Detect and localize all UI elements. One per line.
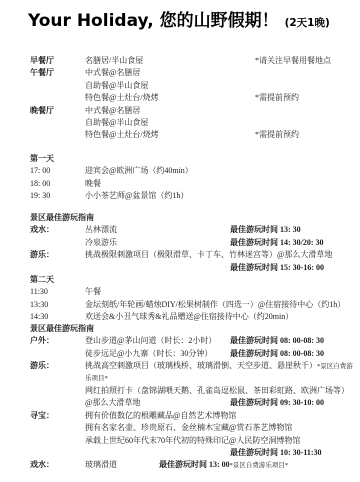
guide-row: 冷泉游乐 最佳游玩时间 14: 30/20: 30 [0,237,360,249]
best-time-text: 最佳游玩时间 10: 30-11:30 [230,447,322,459]
activity-text: 晚餐 [85,178,101,190]
section-heading: 景区最佳游玩指南 [30,323,94,335]
time-label: 18: 00 [30,178,50,190]
doc-title: Your Holiday, 您的山野假期！ (2天1晚) [28,6,330,31]
note-text: 乐项目* [85,373,108,385]
meal-venue-label: 早餐厅 [30,55,54,67]
time-label: 11:30 [30,286,48,298]
schedule-row: 午餐厅 中式餐@名膳居 [0,67,360,79]
meal-venue-label: 晚餐厅 [30,105,54,117]
guide-row: 承载上世纪60年代末70年代初的特殊印记@人民防空洞博物馆 [0,435,360,447]
guide-row: 戏水： 丛林漂流 最佳游玩时间 13: 30 [0,224,360,236]
time-label: 17: 00 [30,165,50,177]
activity-text: 拥有价值数亿的根雕藏品@自然艺术博物馆 [85,410,236,422]
activity-text: 迎宾会@欧洲广场（约40min） [85,165,193,177]
schedule-row: 特色餐@土灶台/烧烤 *需提前预约 [0,129,360,141]
guide-row: 游乐： 挑战极限刺激项目（极限滑草、卡丁车、竹林迷宫等）@那么大滑草地 [0,249,360,261]
activity-text: 金坛刻纸/年轮画/蜡烛DIY/松果树制作（四选一）@住宿接待中心（约1h） [85,299,345,311]
guide-row: 最佳游玩时间 10: 30-11:30 [0,447,360,459]
schedule-row: 11:30 午餐 [0,286,360,298]
section-heading: 第二天 [30,274,54,286]
guide-row: 拥有名家名壶、珍贵原石、金丝楠木宝藏@赏石茶艺博物馆 [0,422,360,434]
activity-text: 承载上世纪60年代末70年代初的特殊印记@人民防空洞博物馆 [85,435,300,447]
section-heading-row: 第二天 [0,274,360,286]
category-label: 戏水： [30,459,54,471]
category-label: 游乐： [30,249,54,261]
meal-option: 特色餐@土灶台/烧烤 [85,129,159,141]
activity-text: 挑战高空刺激项目（玻璃栈桥、玻璃滑倒、天空步道、悬崖秋千） [85,361,317,370]
guide-row: 徒步远足@小九寨（时长：30分钟） 最佳游玩时间 08: 00-08: 30 [0,348,360,360]
best-time-text: 最佳游玩时间 13: 30 [230,224,301,236]
meal-venue-label: 午餐厅 [30,67,54,79]
activity-text: 网红拍照打卡（盘锦湖喂天鹅、孔雀岛逗松鼠、茶田彩虹路、欧洲广场等） [85,385,349,397]
note-text: *需提前预约 [255,129,299,141]
schedule-row: 17: 00 迎宾会@欧洲广场（约40min） [0,165,360,177]
activity-text: 挑战极限刺激项目（极限滑草、卡丁车、竹林迷宫等）@那么大滑草地 [85,249,332,261]
note-text: *景区自费游乐项目* [230,462,289,469]
activity-text: 欢送会&小丑气球秀&礼品赠送@住宿接待中心（约20min） [85,311,293,323]
best-time-text: 最佳游玩时间 15: 30-16: 00 [230,262,324,274]
schedule-row: 18: 00 晚餐 [0,178,360,190]
note-text: *请关注早餐用餐地点 [255,55,331,67]
time-label: 19: 30 [30,190,50,202]
guide-row: 戏水： 玻璃滑道最佳游玩时间 13: 00*景区自费游乐项目* [0,459,360,471]
guide-row: @那么大滑草地 最佳游玩时间 09: 30-10: 00 [0,397,360,409]
itinerary-page: Your Holiday, 您的山野假期！ (2天1晚) 早餐厅 名膳居/半山食… [0,0,360,482]
meal-option: 中式餐@名膳居 [85,105,140,117]
meal-option: 特色餐@土灶台/烧烤 [85,92,159,104]
schedule-row: 自助餐@半山食屋 [0,80,360,92]
day2-schedule-section: 第二天 11:30 午餐 13:30 金坛刻纸/年轮画/蜡烛DIY/松果树制作（… [0,274,360,324]
doc-duration: (2天1晚) [285,17,330,29]
activity-text: 冷泉游乐 [85,237,117,249]
schedule-row: 13:30 金坛刻纸/年轮画/蜡烛DIY/松果树制作（四选一）@住宿接待中心（约… [0,299,360,311]
section-heading-row: 第一天 [0,153,360,165]
meal-option: 名膳居/半山食屋 [85,55,143,67]
best-time-text: 最佳游玩时间 08: 00-08: 30 [230,335,324,347]
guide2-section: 景区最佳游玩指南 户外： 登山步道@茅山问道（时长：2小时） 最佳游玩时间 08… [0,323,360,472]
activity-text: 玻璃滑道 [85,460,117,469]
category-label: 戏水： [30,224,54,236]
schedule-row: 14:30 欢送会&小丑气球秀&礼品赠送@住宿接待中心（约20min） [0,311,360,323]
schedule-row: 晚餐厅 中式餐@名膳居 [0,105,360,117]
note-text: *需提前预约 [255,92,299,104]
meal-option: 自助餐@半山食屋 [85,80,148,92]
guide-row: 乐项目* [0,373,360,385]
activity-text: 拥有名家名壶、珍贵原石、金丝楠木宝藏@赏石茶艺博物馆 [85,422,292,434]
note-text: *景区自费游 [317,363,353,370]
activity-text: 小小茶艺师@盆景馆（约1h） [85,190,188,202]
day1-schedule-section: 第一天 17: 00 迎宾会@欧洲广场（约40min） 18: 00 晚餐 19… [0,153,360,203]
guide-row: 游乐： 挑战高空刺激项目（玻璃栈桥、玻璃滑倒、天空步道、悬崖秋千）*景区自费游 [0,360,360,372]
section-heading-row: 景区最佳游玩指南 [0,323,360,335]
schedule-row: 19: 30 小小茶艺师@盆景馆（约1h） [0,190,360,202]
category-label: 寻宝： [30,410,54,422]
schedule-row: 自助餐@半山食屋 [0,117,360,129]
activity-text: 丛林漂流 [85,224,117,236]
activity-text: 午餐 [85,286,101,298]
category-label: 游乐： [30,360,54,372]
best-time-text: 最佳游玩时间 09: 30-10: 00 [230,397,324,409]
activity-text: @那么大滑草地 [85,397,140,409]
guide-row: 最佳游玩时间 15: 30-16: 00 [0,262,360,274]
schedule-row: 特色餐@土灶台/烧烤 *需提前预约 [0,92,360,104]
section-heading-row: 景区最佳游玩指南 [0,212,360,224]
activity-text: 徒步远足@小九寨（时长：30分钟） [85,348,212,360]
activity-text: 登山步道@茅山问道（时长：2小时） [85,335,216,347]
best-time-text: 最佳游玩时间 14: 30/20: 30 [230,237,324,249]
meal-schedule-section: 早餐厅 名膳居/半山食屋 *请关注早餐用餐地点 午餐厅 中式餐@名膳居 自助餐@… [0,55,360,142]
section-heading: 景区最佳游玩指南 [30,212,94,224]
section-heading: 第一天 [30,153,54,165]
guide1-section: 景区最佳游玩指南 戏水： 丛林漂流 最佳游玩时间 13: 30 冷泉游乐 最佳游… [0,212,360,274]
doc-title-text: Your Holiday, 您的山野假期！ [28,11,279,31]
category-label: 户外： [30,335,54,347]
guide-row: 网红拍照打卡（盘锦湖喂天鹅、孔雀岛逗松鼠、茶田彩虹路、欧洲广场等） [0,385,360,397]
guide-row: 寻宝： 拥有价值数亿的根雕藏品@自然艺术博物馆 [0,410,360,422]
meal-option: 自助餐@半山食屋 [85,117,148,129]
time-label: 14:30 [30,311,48,323]
guide-row: 户外： 登山步道@茅山问道（时长：2小时） 最佳游玩时间 08: 00-08: … [0,335,360,347]
best-time-text: 最佳游玩时间 08: 00-08: 30 [230,348,324,360]
time-label: 13:30 [30,299,48,311]
best-time-text: 最佳游玩时间 13: 00 [159,460,230,469]
meal-option: 中式餐@名膳居 [85,67,140,79]
schedule-row: 早餐厅 名膳居/半山食屋 *请关注早餐用餐地点 [0,55,360,67]
